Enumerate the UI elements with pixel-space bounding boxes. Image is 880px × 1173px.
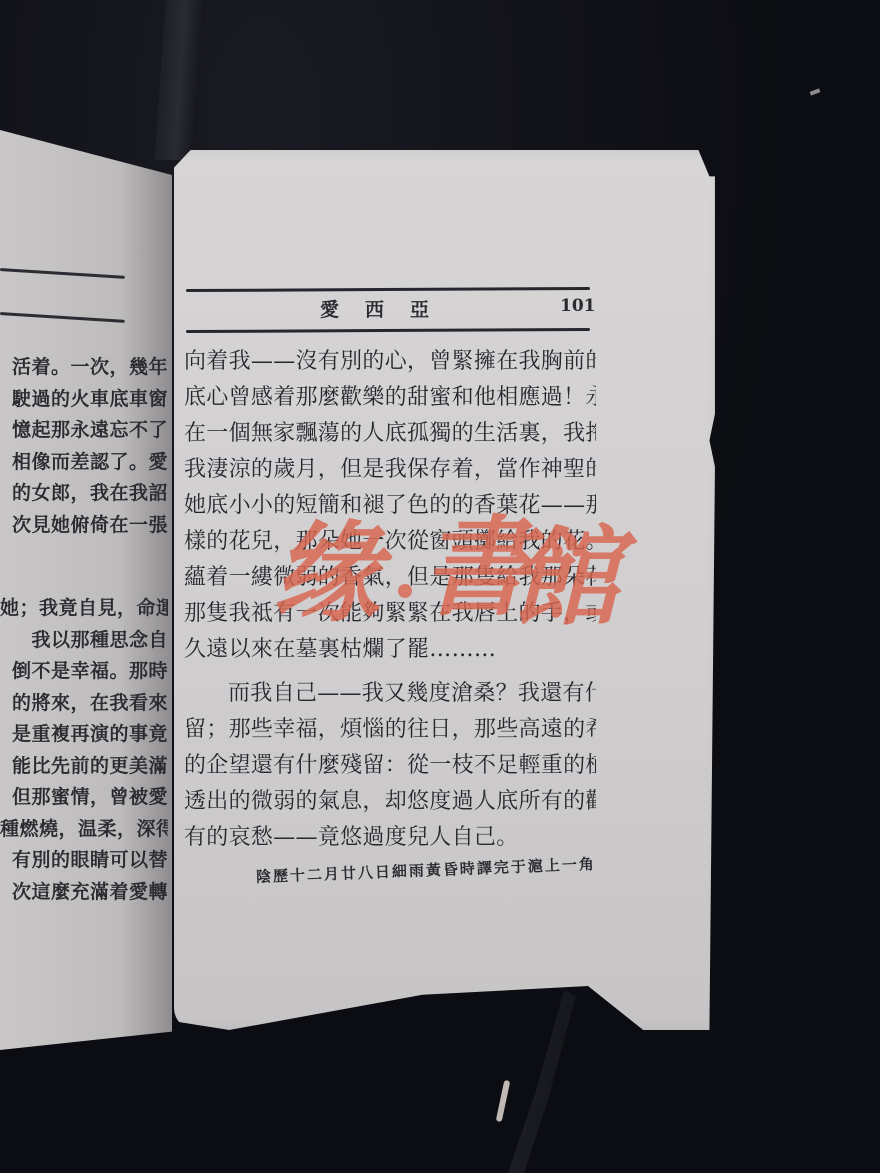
left-line: 有別的眼睛可以替: [0, 845, 168, 877]
body-text: 向着我——沒有別的心，曾緊擁在我胸前的心我 底心曾感着那麼歡樂的甜蜜和他相應過！…: [184, 344, 596, 856]
left-line: 駛過的火車底車窗: [0, 384, 168, 416]
left-line: 種燃燒，温柔，深得: [0, 814, 168, 846]
paragraph-2: 而我自己——我又幾度滄桑？我還有什麼殘 留；那些幸福，煩惱的往日，那些高遠的希望…: [184, 676, 596, 856]
left-line: 但那蜜情，曾被愛: [0, 782, 168, 814]
left-line: 相像而差認了。愛: [0, 447, 168, 479]
left-line: 她；我竟自見，命運: [0, 593, 168, 625]
text-line: 的企望還有什麼殘留：從一枝不足輕重的植物散: [184, 748, 596, 784]
left-line: 能比先前的更美滿: [0, 751, 168, 783]
left-line: 倒不是幸福。那時: [0, 656, 168, 688]
left-line: 活着。一次，幾年: [0, 352, 168, 384]
text-line: 蘊着一縷微弱的香氣，但是那隻給我那朵花的手，: [184, 560, 596, 596]
text-line: 留；那些幸福，煩惱的往日，那些高遠的希望，高遠: [184, 712, 596, 748]
left-line: 是重複再演的事竟: [0, 719, 168, 751]
text-line: 在一個無家飄蕩的人底孤獨的生活裏，我拖延着: [184, 416, 596, 452]
text-line: 我淒涼的歲月，但是我保存着，當作神聖的遺物，: [184, 452, 596, 488]
left-line: 次見她俯倚在一張: [0, 510, 168, 542]
text-line: 有的哀愁——竟悠過度兒人自己。: [184, 820, 596, 856]
left-line: 憶起那永遠忘不了: [0, 415, 168, 447]
left-line: 我以那種思念自: [0, 625, 168, 657]
left-line: 次這麼充滿着愛轉: [0, 877, 168, 909]
left-line: 的女郎，我在我詔: [0, 478, 168, 510]
text-line: 底心曾感着那麼歡樂的甜蜜和他相應過！永苦罰: [184, 380, 596, 416]
paragraph-gap: [184, 668, 596, 676]
text-line: 久遠以來在墓裏枯爛了罷………: [184, 632, 596, 668]
page-number: 101: [560, 296, 596, 316]
left-page-text: 活着。一次，幾年 駛過的火車底車窗 憶起那永遠忘不了 相像而差認了。愛 的女郎，…: [0, 352, 168, 908]
left-line-gap: [0, 541, 168, 593]
text-line: 她底小小的短簡和褪了色的的香葉花——那朵同: [184, 488, 596, 524]
text-line: 透出的微弱的氣息，却悠度過人底所有的歡樂，所: [184, 784, 596, 820]
text-line: 向着我——沒有別的心，曾緊擁在我胸前的心我: [184, 344, 596, 380]
left-line: 的將來，在我看來: [0, 688, 168, 720]
paragraph-1: 向着我——沒有別的心，曾緊擁在我胸前的心我 底心曾感着那麼歡樂的甜蜜和他相應過！…: [184, 344, 596, 668]
text-line: 那隻我祗有一次能夠緊緊在我唇上的手，或許已: [184, 596, 596, 632]
running-head-title: 愛西亞: [320, 295, 455, 322]
text-line: 而我自己——我又幾度滄桑？我還有什麼殘: [184, 676, 596, 712]
text-line: 樣的花兒，那朵她一次從窗頭擲給我的花。她仍含: [184, 524, 596, 560]
